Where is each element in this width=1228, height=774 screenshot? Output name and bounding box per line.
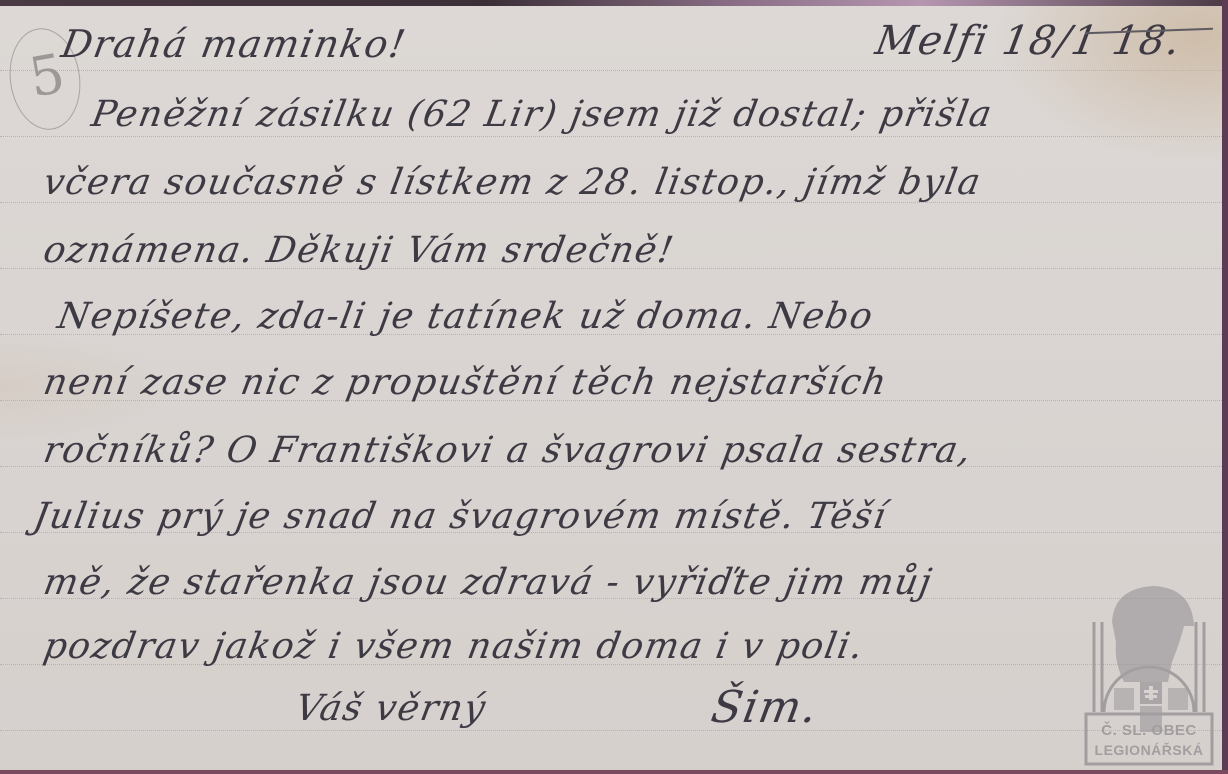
letter-line-4: Nepíšete, zda-li je tatínek už doma. Neb… <box>54 296 877 337</box>
photo-background-bottom <box>0 770 1228 774</box>
closing: Váš věrný <box>292 688 489 729</box>
stamp-text-line2: LEGIONÁŘSKÁ <box>1084 742 1214 758</box>
letter-line-6: ročníků? O Františkovi a švagrovi psala … <box>40 430 975 471</box>
letter-line-7: Julius prý je snad na švagrovém místě. T… <box>30 496 890 537</box>
ruled-line <box>0 136 1222 137</box>
stamp-text-line1: Č. SL. OBEC <box>1084 722 1214 739</box>
postcard: 5 Drahá maminko! Melfi 18/1 18. Peněžní … <box>0 6 1222 770</box>
letter-line-5: není zase nic z propuštění těch nejstarš… <box>40 362 890 403</box>
place-date: Melfi 18/1 18. <box>872 18 1185 64</box>
legion-watermark-stamp: Č. SL. OBEC LEGIONÁŘSKÁ <box>1084 582 1214 766</box>
signature: Šim. <box>708 682 823 733</box>
letter-line-1: Peněžní zásilku (62 Lir) jsem již dostal… <box>88 94 996 135</box>
letter-line-3: oznámena. Děkuji Vám srdečně! <box>40 230 677 271</box>
ruled-line <box>0 70 1222 71</box>
letter-line-2: včera současně s lístkem z 28. listop., … <box>40 162 984 203</box>
ruled-line <box>0 730 1222 731</box>
letter-line-9: pozdrav jakož i všem našim doma i v poli… <box>40 626 867 667</box>
salutation: Drahá maminko! <box>58 22 410 66</box>
photo-background-right <box>1222 0 1228 774</box>
letter-line-8: mě, že stařenka jsou zdravá - vyřiďte ji… <box>40 562 935 603</box>
